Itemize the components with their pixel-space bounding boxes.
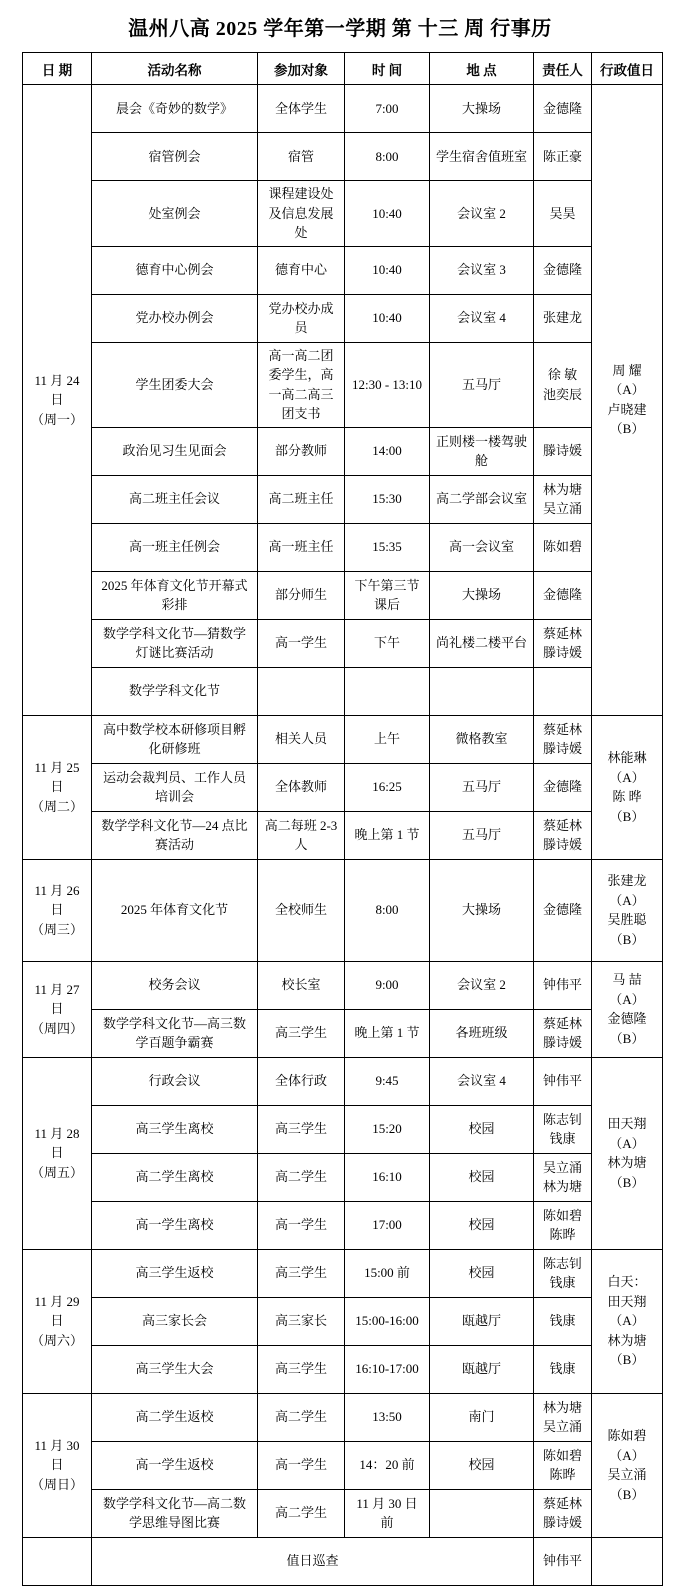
cell-activity: 数学学科文化节—24 点比赛活动 <box>92 811 258 859</box>
admin-duty-cell: 马 喆 （A） 金德隆 （B） <box>592 961 663 1057</box>
cell-participants <box>258 667 345 715</box>
schedule-row: 政治见习生见面会部分教师14:00正则楼一楼驾驶舱滕诗媛 <box>23 427 663 475</box>
cell-activity: 高三家长会 <box>92 1297 258 1345</box>
cell-location: 学生宿舍值班室 <box>430 133 534 181</box>
column-header-participants: 参加对象 <box>258 53 345 85</box>
admin-duty-cell: 林能琳 （A） 陈 晔 （B） <box>592 715 663 859</box>
date-cell: 11 月 29 日 （周六） <box>23 1249 92 1393</box>
cell-activity: 2025 年体育文化节开幕式彩排 <box>92 571 258 619</box>
cell-owner: 陈正豪 <box>534 133 592 181</box>
cell-activity: 行政会议 <box>92 1057 258 1105</box>
cell-owner: 陈志钊 钱康 <box>534 1105 592 1153</box>
schedule-row: 数学学科文化节—高二数学思维导图比赛高二学生11 月 30 日前蔡延林 滕诗媛 <box>23 1489 663 1537</box>
cell-activity: 德育中心例会 <box>92 246 258 294</box>
column-header-location: 地 点 <box>430 53 534 85</box>
schedule-row: 数学学科文化节—24 点比赛活动高二每班 2-3 人晚上第 1 节五马厅蔡延林 … <box>23 811 663 859</box>
admin-duty-cell: 陈如碧 （A） 吴立涌 （B） <box>592 1393 663 1537</box>
cell-participants: 相关人员 <box>258 715 345 763</box>
cell-participants: 高二每班 2-3 人 <box>258 811 345 859</box>
cell-location: 微格教室 <box>430 715 534 763</box>
cell-time: 12:30 - 13:10 <box>345 342 430 427</box>
cell-activity: 高一学生返校 <box>92 1441 258 1489</box>
cell-participants: 高三学生 <box>258 1009 345 1057</box>
cell-participants: 校长室 <box>258 961 345 1009</box>
cell-owner: 钱康 <box>534 1297 592 1345</box>
cell-owner: 吴昊 <box>534 181 592 247</box>
schedule-row: 运动会裁判员、工作人员培训会全体教师16:25五马厅金德隆 <box>23 763 663 811</box>
cell-location: 校园 <box>430 1441 534 1489</box>
schedule-row: 2025 年体育文化节开幕式彩排部分师生下午第三节 课后大操场金德隆 <box>23 571 663 619</box>
schedule-row: 数学学科文化节—猜数学灯谜比赛活动高一学生下午尚礼楼二楼平台蔡延林 滕诗媛 <box>23 619 663 667</box>
cell-owner: 吴立涌 林为塘 <box>534 1153 592 1201</box>
schedule-row: 宿管例会宿管8:00学生宿舍值班室陈正豪 <box>23 133 663 181</box>
schedule-row: 高三学生离校高三学生15:20校园陈志钊 钱康 <box>23 1105 663 1153</box>
cell-time: 13:50 <box>345 1393 430 1441</box>
page-title: 温州八高 2025 学年第一学期 第 十三 周 行事历 <box>0 12 680 41</box>
cell-time: 11 月 30 日前 <box>345 1489 430 1537</box>
schedule-row: 党办校办例会党办校办成员10:40会议室 4张建龙 <box>23 294 663 342</box>
cell-activity: 政治见习生见面会 <box>92 427 258 475</box>
cell-owner: 蔡延林 滕诗媛 <box>534 619 592 667</box>
date-cell: 11 月 30 日 （周日） <box>23 1393 92 1537</box>
cell-participants: 高二学生 <box>258 1153 345 1201</box>
cell-activity: 数学学科文化节 <box>92 667 258 715</box>
cell-time: 17:00 <box>345 1201 430 1249</box>
cell-participants: 高二班主任 <box>258 475 345 523</box>
schedule-row: 学生团委大会高一高二团委学生，高一高二高三团支书12:30 - 13:10五马厅… <box>23 342 663 427</box>
cell-location: 瓯越厅 <box>430 1345 534 1393</box>
date-cell: 11 月 25 日 （周二） <box>23 715 92 859</box>
cell-location: 大操场 <box>430 571 534 619</box>
cell-participants: 高二学生 <box>258 1489 345 1537</box>
cell-time: 16:10-17:00 <box>345 1345 430 1393</box>
cell-location <box>430 1489 534 1537</box>
cell-owner: 徐 敏 池奕辰 <box>534 342 592 427</box>
cell-participants: 高一班主任 <box>258 523 345 571</box>
cell-owner: 滕诗媛 <box>534 427 592 475</box>
cell-participants: 全体教师 <box>258 763 345 811</box>
schedule-row: 11 月 25 日 （周二）高中数学校本研修项目孵化研修班相关人员上午微格教室蔡… <box>23 715 663 763</box>
cell-owner: 金德隆 <box>534 859 592 961</box>
cell-time: 15:00 前 <box>345 1249 430 1297</box>
cell-location <box>430 667 534 715</box>
cell-time: 下午 <box>345 619 430 667</box>
cell-participants: 高一学生 <box>258 1201 345 1249</box>
cell-time: 15:00-16:00 <box>345 1297 430 1345</box>
cell-location: 会议室 4 <box>430 294 534 342</box>
cell-time: 下午第三节 课后 <box>345 571 430 619</box>
cell-time: 10:40 <box>345 246 430 294</box>
schedule-table: 日 期活动名称参加对象时 间地 点责任人行政值日 11 月 24 日 （周一）晨… <box>22 52 663 1586</box>
schedule-row: 11 月 28 日 （周五）行政会议全体行政9:45会议室 4钟伟平田天翔 （A… <box>23 1057 663 1105</box>
cell-location: 校园 <box>430 1105 534 1153</box>
date-cell <box>23 1537 92 1585</box>
cell-time: 10:40 <box>345 181 430 247</box>
date-cell: 11 月 24 日 （周一） <box>23 85 92 716</box>
cell-participants: 全校师生 <box>258 859 345 961</box>
schedule-row: 数学学科文化节—高三数学百题争霸赛高三学生晚上第 1 节各班班级蔡延林 滕诗媛 <box>23 1009 663 1057</box>
cell-time: 15:35 <box>345 523 430 571</box>
cell-owner: 金德隆 <box>534 246 592 294</box>
cell-activity: 晨会《奇妙的数学》 <box>92 85 258 133</box>
cell-location: 五马厅 <box>430 811 534 859</box>
admin-duty-cell: 张建龙 （A） 吴胜聪 （B） <box>592 859 663 961</box>
cell-participants: 高三学生 <box>258 1345 345 1393</box>
cell-owner: 蔡延林 滕诗媛 <box>534 811 592 859</box>
schedule-row: 高一学生返校高一学生14：20 前校园陈如碧 陈晔 <box>23 1441 663 1489</box>
cell-activity: 处室例会 <box>92 181 258 247</box>
cell-time: 8:00 <box>345 133 430 181</box>
cell-owner: 钟伟平 <box>534 1537 592 1585</box>
cell-owner: 金德隆 <box>534 763 592 811</box>
document-page: 温州八高 2025 学年第一学期 第 十三 周 行事历 日 期活动名称参加对象时… <box>0 12 680 1586</box>
cell-time: 9:00 <box>345 961 430 1009</box>
cell-owner: 金德隆 <box>534 571 592 619</box>
cell-owner: 蔡延林 滕诗媛 <box>534 715 592 763</box>
cell-location: 校园 <box>430 1249 534 1297</box>
schedule-row: 11 月 27 日 （周四）校务会议校长室9:00会议室 2钟伟平马 喆 （A）… <box>23 961 663 1009</box>
cell-time: 晚上第 1 节 <box>345 811 430 859</box>
cell-owner: 林为塘 吴立涌 <box>534 475 592 523</box>
cell-participants: 高三学生 <box>258 1105 345 1153</box>
cell-activity: 高三学生返校 <box>92 1249 258 1297</box>
cell-owner: 钟伟平 <box>534 961 592 1009</box>
cell-owner: 钱康 <box>534 1345 592 1393</box>
cell-participants: 全体学生 <box>258 85 345 133</box>
cell-time: 14:00 <box>345 427 430 475</box>
schedule-row: 11 月 24 日 （周一）晨会《奇妙的数学》全体学生7:00大操场金德隆周 耀… <box>23 85 663 133</box>
schedule-row: 高一班主任例会高一班主任15:35高一会议室陈如碧 <box>23 523 663 571</box>
cell-time: 16:25 <box>345 763 430 811</box>
cell-owner: 陈如碧 陈晔 <box>534 1441 592 1489</box>
date-cell: 11 月 28 日 （周五） <box>23 1057 92 1249</box>
cell-time: 15:30 <box>345 475 430 523</box>
cell-time: 14：20 前 <box>345 1441 430 1489</box>
cell-activity: 高二班主任会议 <box>92 475 258 523</box>
cell-activity: 数学学科文化节—猜数学灯谜比赛活动 <box>92 619 258 667</box>
cell-time: 7:00 <box>345 85 430 133</box>
cell-location: 五马厅 <box>430 342 534 427</box>
cell-participants: 宿管 <box>258 133 345 181</box>
schedule-row: 高三学生大会高三学生16:10-17:00瓯越厅钱康 <box>23 1345 663 1393</box>
cell-location: 高一会议室 <box>430 523 534 571</box>
cell-participants: 高一学生 <box>258 1441 345 1489</box>
cell-activity: 高二学生离校 <box>92 1153 258 1201</box>
cell-time <box>345 667 430 715</box>
schedule-row: 高一学生离校高一学生17:00校园陈如碧 陈晔 <box>23 1201 663 1249</box>
cell-location: 瓯越厅 <box>430 1297 534 1345</box>
cell-location: 校园 <box>430 1201 534 1249</box>
cell-time: 10:40 <box>345 294 430 342</box>
cell-activity: 高三学生离校 <box>92 1105 258 1153</box>
date-cell: 11 月 26 日 （周三） <box>23 859 92 961</box>
cell-owner: 张建龙 <box>534 294 592 342</box>
schedule-row: 处室例会课程建设处及信息发展处10:40会议室 2吴昊 <box>23 181 663 247</box>
cell-activity: 宿管例会 <box>92 133 258 181</box>
footer-row: 值日巡查钟伟平 <box>23 1537 663 1585</box>
cell-activity: 高三学生大会 <box>92 1345 258 1393</box>
schedule-body: 11 月 24 日 （周一）晨会《奇妙的数学》全体学生7:00大操场金德隆周 耀… <box>23 85 663 1586</box>
cell-activity: 校务会议 <box>92 961 258 1009</box>
cell-time: 9:45 <box>345 1057 430 1105</box>
cell-location: 南门 <box>430 1393 534 1441</box>
cell-location: 校园 <box>430 1153 534 1201</box>
cell-activity: 2025 年体育文化节 <box>92 859 258 961</box>
column-header-date: 日 期 <box>23 53 92 85</box>
column-header-owner: 责任人 <box>534 53 592 85</box>
cell-owner: 陈如碧 <box>534 523 592 571</box>
cell-location: 会议室 2 <box>430 961 534 1009</box>
schedule-row: 高二学生离校高二学生16:10校园吴立涌 林为塘 <box>23 1153 663 1201</box>
cell-time: 15:20 <box>345 1105 430 1153</box>
schedule-row: 德育中心例会德育中心10:40会议室 3金德隆 <box>23 246 663 294</box>
cell-owner: 陈如碧 陈晔 <box>534 1201 592 1249</box>
header-row: 日 期活动名称参加对象时 间地 点责任人行政值日 <box>23 53 663 85</box>
cell-participants: 部分师生 <box>258 571 345 619</box>
column-header-admin-duty: 行政值日 <box>592 53 663 85</box>
cell-participants: 高二学生 <box>258 1393 345 1441</box>
cell-activity: 学生团委大会 <box>92 342 258 427</box>
cell-activity: 高中数学校本研修项目孵化研修班 <box>92 715 258 763</box>
schedule-row: 数学学科文化节 <box>23 667 663 715</box>
cell-owner <box>534 667 592 715</box>
admin-duty-cell: 周 耀 （A） 卢晓建 （B） <box>592 85 663 716</box>
schedule-row: 11 月 26 日 （周三）2025 年体育文化节全校师生8:00大操场金德隆张… <box>23 859 663 961</box>
cell-location: 大操场 <box>430 85 534 133</box>
cell-participants: 高三家长 <box>258 1297 345 1345</box>
cell-owner: 林为塘 吴立涌 <box>534 1393 592 1441</box>
cell-activity: 党办校办例会 <box>92 294 258 342</box>
schedule-row: 高二班主任会议高二班主任15:30高二学部会议室林为塘 吴立涌 <box>23 475 663 523</box>
schedule-row: 高三家长会高三家长15:00-16:00瓯越厅钱康 <box>23 1297 663 1345</box>
cell-location: 会议室 3 <box>430 246 534 294</box>
cell-time: 上午 <box>345 715 430 763</box>
cell-participants: 部分教师 <box>258 427 345 475</box>
cell-time: 晚上第 1 节 <box>345 1009 430 1057</box>
date-cell: 11 月 27 日 （周四） <box>23 961 92 1057</box>
cell-location: 大操场 <box>430 859 534 961</box>
cell-location: 尚礼楼二楼平台 <box>430 619 534 667</box>
cell-activity: 高一学生离校 <box>92 1201 258 1249</box>
cell-location: 正则楼一楼驾驶舱 <box>430 427 534 475</box>
cell-location: 高二学部会议室 <box>430 475 534 523</box>
cell-location: 五马厅 <box>430 763 534 811</box>
cell-owner: 蔡延林 滕诗媛 <box>534 1489 592 1537</box>
cell-owner: 钟伟平 <box>534 1057 592 1105</box>
cell-participants: 课程建设处及信息发展处 <box>258 181 345 247</box>
admin-duty-cell <box>592 1537 663 1585</box>
cell-activity: 高二学生返校 <box>92 1393 258 1441</box>
schedule-row: 11 月 29 日 （周六）高三学生返校高三学生15:00 前校园陈志钊 钱康白… <box>23 1249 663 1297</box>
cell-owner: 陈志钊 钱康 <box>534 1249 592 1297</box>
cell-participants: 德育中心 <box>258 246 345 294</box>
cell-location: 各班班级 <box>430 1009 534 1057</box>
cell-activity: 数学学科文化节—高三数学百题争霸赛 <box>92 1009 258 1057</box>
cell-participants: 高一高二团委学生，高一高二高三团支书 <box>258 342 345 427</box>
cell-participants: 全体行政 <box>258 1057 345 1105</box>
column-header-activity: 活动名称 <box>92 53 258 85</box>
cell-activity: 数学学科文化节—高二数学思维导图比赛 <box>92 1489 258 1537</box>
cell-time: 16:10 <box>345 1153 430 1201</box>
cell-activity: 值日巡查 <box>92 1537 534 1585</box>
cell-location: 会议室 2 <box>430 181 534 247</box>
cell-participants: 党办校办成员 <box>258 294 345 342</box>
admin-duty-cell: 田天翔 （A） 林为塘 （B） <box>592 1057 663 1249</box>
cell-participants: 高一学生 <box>258 619 345 667</box>
schedule-row: 11 月 30 日 （周日）高二学生返校高二学生13:50南门林为塘 吴立涌陈如… <box>23 1393 663 1441</box>
cell-location: 会议室 4 <box>430 1057 534 1105</box>
cell-participants: 高三学生 <box>258 1249 345 1297</box>
column-header-time: 时 间 <box>345 53 430 85</box>
cell-owner: 金德隆 <box>534 85 592 133</box>
cell-activity: 运动会裁判员、工作人员培训会 <box>92 763 258 811</box>
cell-time: 8:00 <box>345 859 430 961</box>
cell-owner: 蔡延林 滕诗媛 <box>534 1009 592 1057</box>
admin-duty-cell: 白天： 田天翔 （A） 林为塘 （B） <box>592 1249 663 1393</box>
cell-activity: 高一班主任例会 <box>92 523 258 571</box>
